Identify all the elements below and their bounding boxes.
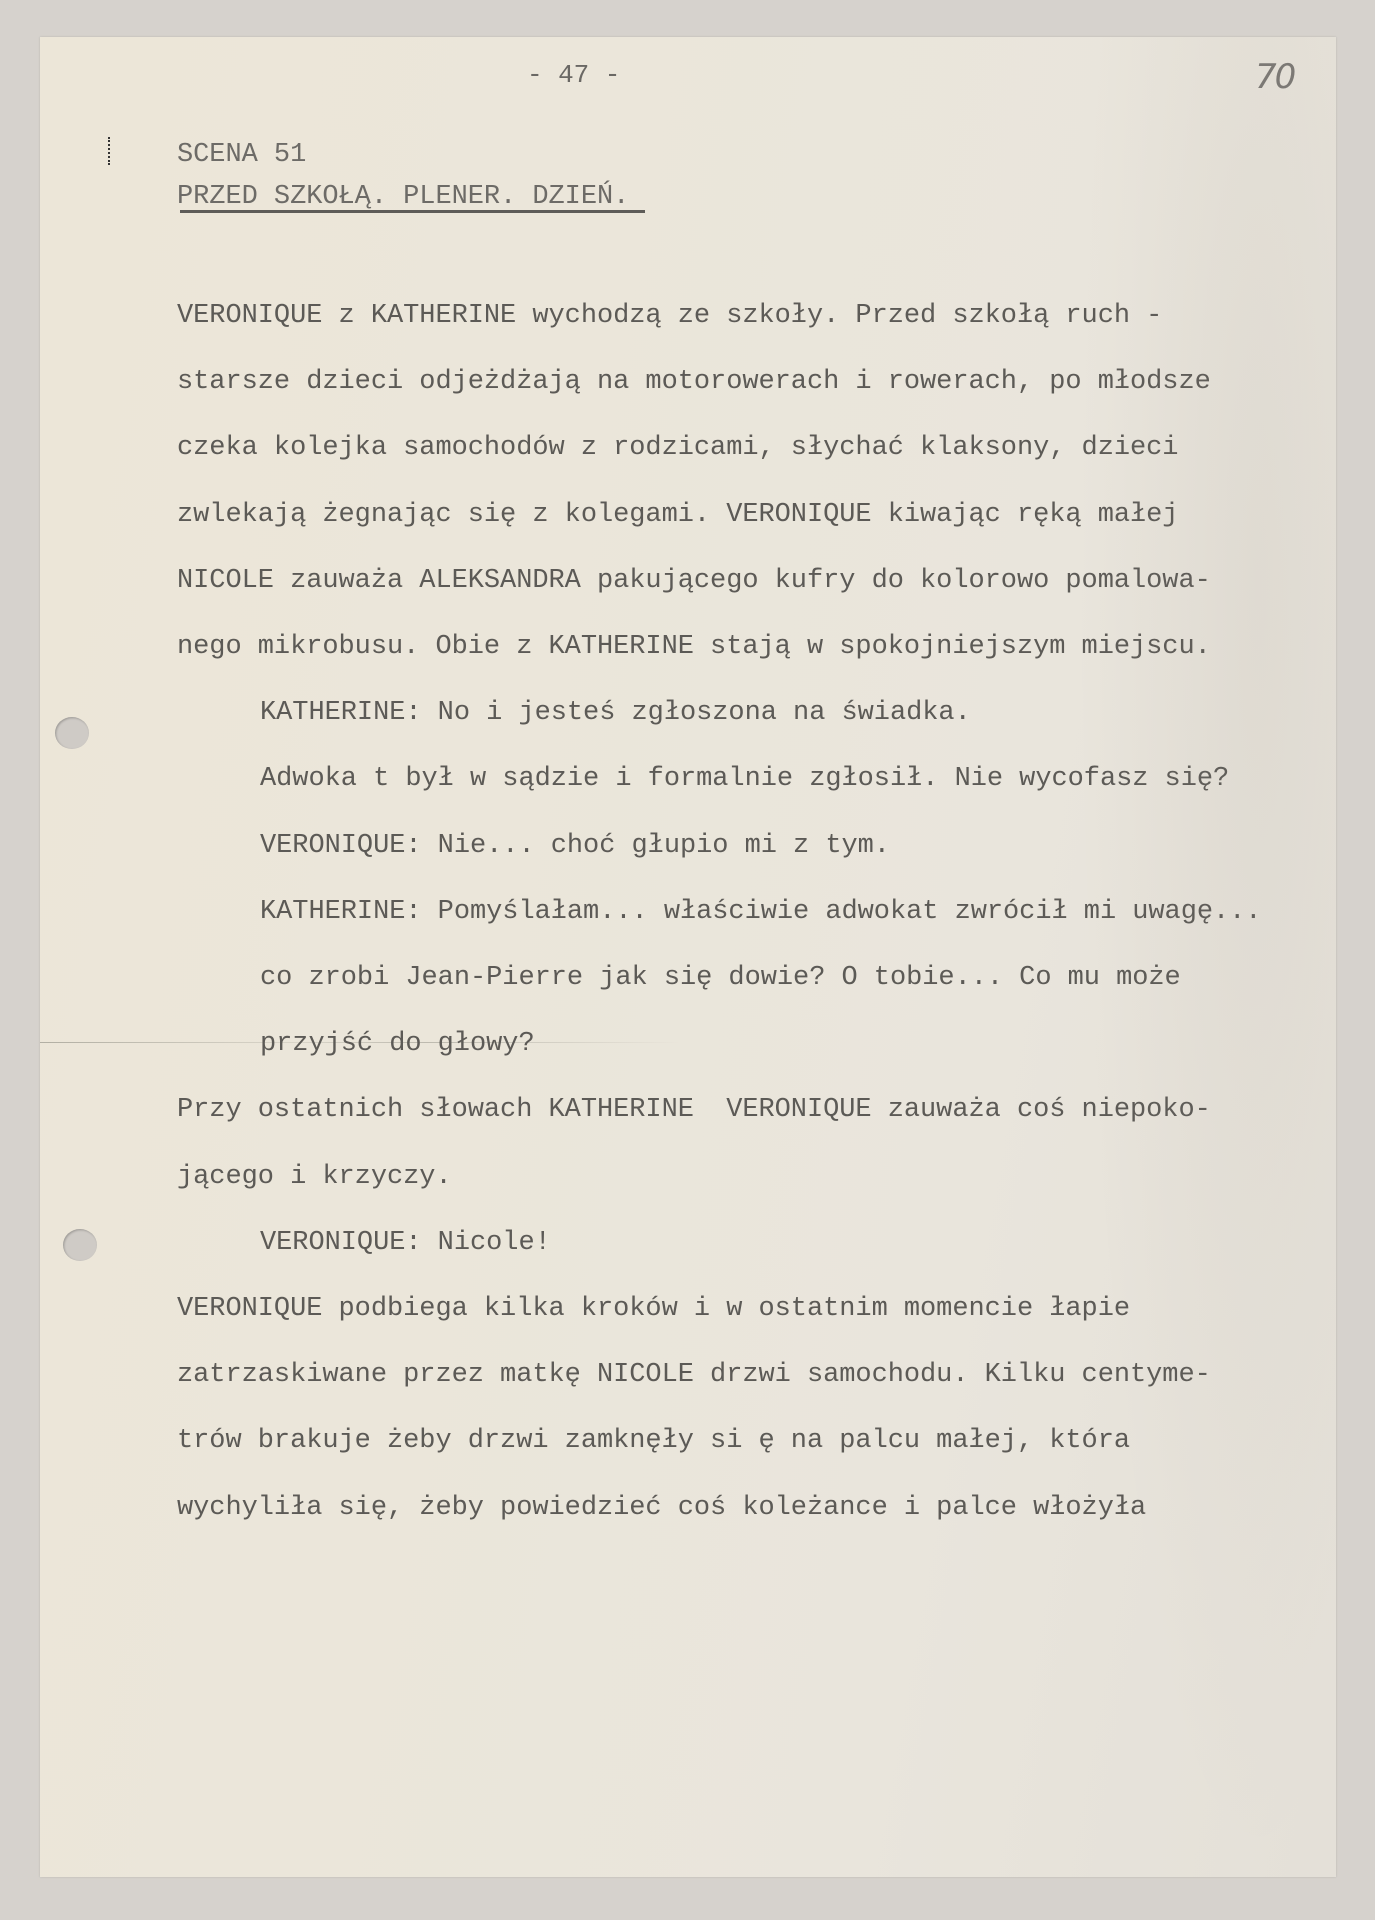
ink-mark [108,137,113,165]
scene-location-underline [180,210,645,213]
punch-hole-top [55,717,89,749]
dialogue-line: Adwoka t był w sądzie i formalnie zgłosi… [260,763,1229,795]
action-line: zwlekają żegnając się z kolegami. VERONI… [177,499,1178,531]
action-line: Przy ostatnich słowach KATHERINE VERONIQ… [177,1094,1211,1126]
action-line: zatrzaskiwane przez matkę NICOLE drzwi s… [177,1359,1211,1391]
dialogue-line: VERONIQUE: Nicole! [260,1227,551,1259]
scene-location: PRZED SZKOŁĄ. PLENER. DZIEŃ. [177,181,629,213]
dialogue-line: KATHERINE: Pomyślałam... właściwie adwok… [260,896,1261,928]
action-line: wychyliła się, żeby powiedzieć coś koleż… [177,1492,1146,1524]
action-line: VERONIQUE z KATHERINE wychodzą ze szkoły… [177,300,1162,332]
action-line: czeka kolejka samochodów z rodzicami, sł… [177,432,1178,464]
dialogue-line: KATHERINE: No i jesteś zgłoszona na świa… [260,697,971,729]
action-line: VERONIQUE podbiega kilka kroków i w osta… [177,1293,1130,1325]
action-line: jącego i krzyczy. [177,1161,452,1193]
action-line: nego mikrobusu. Obie z KATHERINE stają w… [177,631,1211,663]
page-number: - 47 - [527,59,620,91]
typewritten-page: - 47 - 70 SCENA 51 PRZED SZKOŁĄ. PLENER.… [40,37,1336,1877]
dialogue-line: VERONIQUE: Nie... choć głupio mi z tym. [260,830,890,862]
action-line: starsze dzieci odjeżdżają na motorowerac… [177,366,1211,398]
action-line: NICOLE zauważa ALEKSANDRA pakującego kuf… [177,565,1211,597]
handwritten-sheet-number: 70 [1255,57,1294,97]
scene-label: SCENA 51 [177,139,306,171]
punch-hole-bottom [63,1229,97,1261]
action-line: trów brakuje żeby drzwi zamknęły si ę na… [177,1425,1130,1457]
dialogue-line: co zrobi Jean-Pierre jak się dowie? O to… [260,962,1181,994]
dialogue-line: przyjść do głowy? [260,1028,535,1060]
